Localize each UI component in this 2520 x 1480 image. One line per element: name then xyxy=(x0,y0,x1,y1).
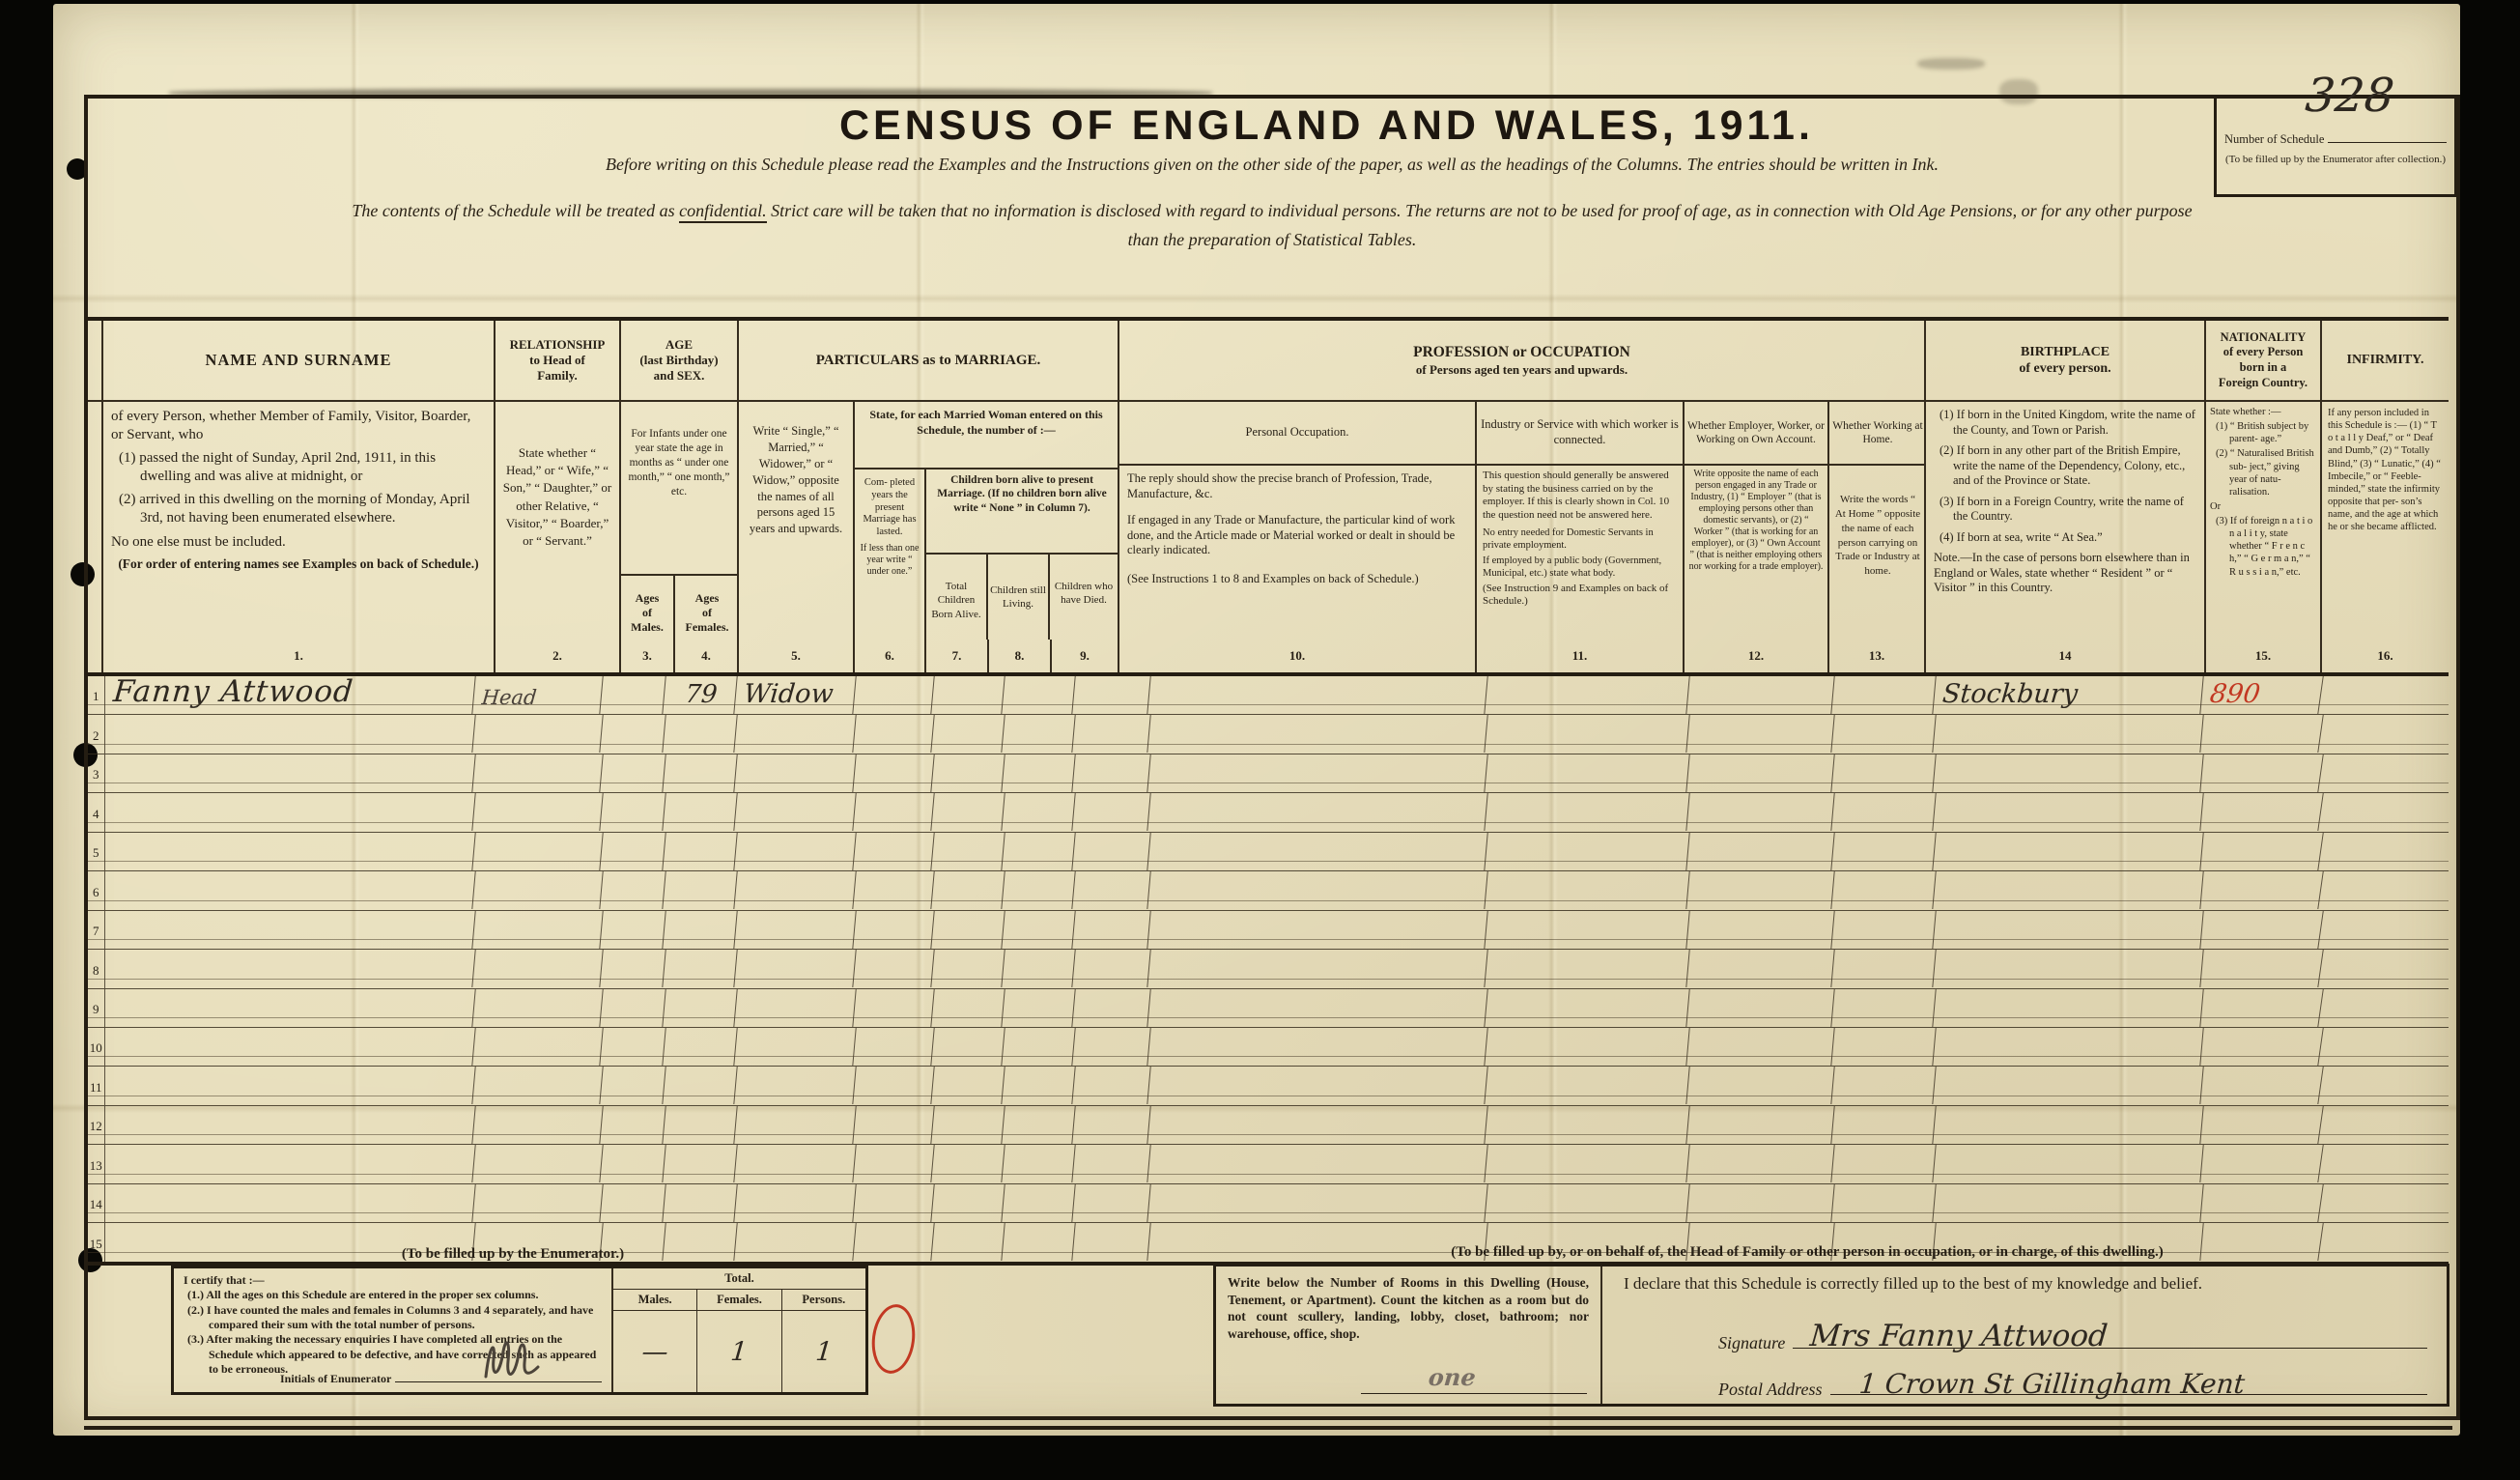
cell-relationship[interactable] xyxy=(472,754,603,792)
cell-at-home[interactable] xyxy=(1832,754,1937,792)
birthplace-item2: (2) If born in any other part of the Bri… xyxy=(1934,443,2196,489)
cell-children-living[interactable] xyxy=(1002,1028,1075,1066)
cell-age-females[interactable]: 79 xyxy=(663,676,737,714)
cell-children-living[interactable] xyxy=(1002,833,1075,870)
postal-address-label: Postal Address xyxy=(1718,1380,1823,1400)
totals-title: Total. xyxy=(613,1268,865,1290)
confidential-notice-line2: than the preparation of Statistical Tabl… xyxy=(88,230,2456,250)
cell-industry[interactable] xyxy=(1485,989,1690,1027)
cell-occupation[interactable] xyxy=(1147,1106,1488,1144)
cell-at-home[interactable] xyxy=(1832,833,1937,870)
cell-children-born[interactable] xyxy=(931,715,1005,753)
cell-relationship[interactable]: Head xyxy=(472,676,603,714)
cell-occupation[interactable] xyxy=(1147,1145,1488,1182)
confidential-word: confidential. xyxy=(679,201,766,223)
cell-at-home[interactable] xyxy=(1832,793,1937,831)
signature-line[interactable]: Mrs Fanny Attwood xyxy=(1793,1309,2427,1349)
cell-children-living[interactable] xyxy=(1002,911,1075,949)
table-row: 11 xyxy=(88,1067,2449,1105)
cell-infirmity[interactable] xyxy=(2319,989,2449,1027)
cell-birthplace[interactable] xyxy=(1933,871,2204,909)
cell-name[interactable] xyxy=(103,950,476,987)
cell-occupation[interactable] xyxy=(1147,754,1488,792)
colnum-6: 6. xyxy=(855,640,926,672)
cell-age-males[interactable] xyxy=(600,676,665,714)
postal-address-row: Postal Address 1 Crown St Gillingham Ken… xyxy=(1718,1355,2427,1400)
cell-industry[interactable] xyxy=(1485,950,1690,987)
cell-children-living[interactable] xyxy=(1002,676,1075,714)
cell-marriage-years[interactable] xyxy=(853,1106,935,1144)
cell-marriage[interactable] xyxy=(734,871,856,909)
cell-infirmity[interactable] xyxy=(2319,833,2449,870)
photo-background: CENSUS OF ENGLAND AND WALES, 1911. 328 N… xyxy=(0,0,2520,1480)
cell-birthplace[interactable]: Stockbury xyxy=(1933,676,2204,714)
cell-occupation[interactable] xyxy=(1147,871,1488,909)
cell-at-home[interactable] xyxy=(1832,1067,1937,1104)
cell-employer[interactable] xyxy=(1686,1028,1835,1066)
cell-relationship[interactable] xyxy=(472,1028,603,1066)
cell-relationship[interactable] xyxy=(472,715,603,753)
cell-birthplace[interactable] xyxy=(1933,1106,2204,1144)
col-infirmity-desc: If any person included in this Schedule … xyxy=(2322,402,2449,640)
cell-marriage[interactable] xyxy=(734,950,856,987)
colnum-11: 11. xyxy=(1477,640,1685,672)
cell-children-born[interactable] xyxy=(931,1223,1005,1261)
cell-age-females[interactable] xyxy=(663,911,737,949)
males-label: Males. xyxy=(613,1290,696,1311)
cell-age-males[interactable] xyxy=(600,871,665,909)
cell-age-females[interactable] xyxy=(663,950,737,987)
cell-nationality[interactable] xyxy=(2199,1145,2323,1182)
cell-marriage[interactable] xyxy=(734,754,856,792)
cell-age-males[interactable] xyxy=(600,1184,665,1222)
cell-employer[interactable] xyxy=(1686,1145,1835,1182)
cell-children-born[interactable] xyxy=(931,911,1005,949)
marriage-subcolumns: Com- pleted years the present Marriage h… xyxy=(855,470,1118,640)
cell-age-females[interactable] xyxy=(663,989,737,1027)
row-number: 9 xyxy=(88,989,105,1027)
personal-p2: If engaged in any Trade or Manufacture, … xyxy=(1127,513,1467,558)
cell-relationship[interactable] xyxy=(472,911,603,949)
nationality-item2: (2) “ Naturalised British sub- ject,” gi… xyxy=(2210,447,2316,498)
cell-name[interactable] xyxy=(103,1067,476,1104)
rooms-value[interactable]: one xyxy=(1428,1362,1477,1392)
signature-value: Mrs Fanny Attwood xyxy=(1809,1319,2109,1353)
row-number: 14 xyxy=(88,1184,105,1222)
cell-at-home[interactable] xyxy=(1832,911,1937,949)
cell-nationality[interactable] xyxy=(2199,950,2323,987)
cell-industry[interactable] xyxy=(1485,1106,1690,1144)
schedule-number-value: 328 xyxy=(2304,69,2397,123)
cell-name[interactable] xyxy=(103,715,476,753)
table-row: 5 xyxy=(88,833,2449,871)
cell-age-females[interactable] xyxy=(663,1028,737,1066)
cell-marriage[interactable] xyxy=(734,911,856,949)
home-desc: Write the words “ At Home ” opposite the… xyxy=(1829,466,1926,579)
cell-children-living[interactable] xyxy=(1002,950,1075,987)
cell-nationality[interactable] xyxy=(2199,1106,2323,1144)
name-desc-item2: (2) arrived in this dwelling on the morn… xyxy=(111,491,486,527)
cell-nationality[interactable] xyxy=(2199,1184,2323,1222)
cell-children-died[interactable] xyxy=(1072,1184,1150,1222)
cell-children-died[interactable] xyxy=(1072,950,1150,987)
colnum-14: 14 xyxy=(1926,640,2206,672)
colnum-15: 15. xyxy=(2206,640,2322,672)
cell-children-died[interactable] xyxy=(1072,793,1150,831)
row-number: 7 xyxy=(88,911,105,949)
age-infants-desc: For Infants under one year state the age… xyxy=(621,402,737,574)
cell-at-home[interactable] xyxy=(1832,871,1937,909)
cell-marriage[interactable] xyxy=(734,715,856,753)
cell-industry[interactable] xyxy=(1485,911,1690,949)
cell-children-born[interactable] xyxy=(931,676,1005,714)
cell-children-died[interactable] xyxy=(1072,911,1150,949)
cell-marriage-years[interactable] xyxy=(853,793,935,831)
cell-industry[interactable] xyxy=(1485,793,1690,831)
persons-label: Persons. xyxy=(782,1290,865,1311)
confidential-rest: Strict care will be taken that no inform… xyxy=(767,201,2193,220)
cell-employer[interactable] xyxy=(1686,1106,1835,1144)
cell-name[interactable] xyxy=(103,1184,476,1222)
cell-age-females[interactable] xyxy=(663,754,737,792)
cell-marriage-years[interactable] xyxy=(853,754,935,792)
cell-children-died[interactable] xyxy=(1072,1145,1150,1182)
cell-infirmity[interactable] xyxy=(2319,676,2449,714)
cell-children-died[interactable] xyxy=(1072,989,1150,1027)
cell-age-males[interactable] xyxy=(600,754,665,792)
table-row: 9 xyxy=(88,989,2449,1028)
cell-industry[interactable] xyxy=(1485,754,1690,792)
rooms-answer-line[interactable] xyxy=(1361,1393,1587,1394)
cell-industry[interactable] xyxy=(1485,715,1690,753)
cell-occupation[interactable] xyxy=(1147,989,1488,1027)
cell-nationality[interactable] xyxy=(2199,1067,2323,1104)
cell-occupation[interactable] xyxy=(1147,833,1488,870)
cell-industry[interactable] xyxy=(1485,676,1690,714)
cell-name[interactable] xyxy=(103,833,476,870)
cell-occupation[interactable] xyxy=(1147,793,1488,831)
cell-relationship[interactable] xyxy=(472,871,603,909)
cell-birthplace[interactable] xyxy=(1933,1028,2204,1066)
cell-name[interactable] xyxy=(103,1145,476,1182)
persons-value[interactable]: 1 xyxy=(779,1311,869,1392)
cell-name[interactable] xyxy=(103,754,476,792)
cell-children-born[interactable] xyxy=(931,1106,1005,1144)
cell-children-born[interactable] xyxy=(931,989,1005,1027)
cell-nationality[interactable] xyxy=(2199,793,2323,831)
cell-at-home[interactable] xyxy=(1832,950,1937,987)
cell-relationship[interactable] xyxy=(472,950,603,987)
cell-nationality[interactable] xyxy=(2199,989,2323,1027)
cell-at-home[interactable] xyxy=(1832,1028,1937,1066)
cell-marriage[interactable] xyxy=(734,1106,856,1144)
schedule-number-box: 328 Number of Schedule (To be filled up … xyxy=(2214,95,2457,197)
males-value[interactable]: — xyxy=(609,1311,700,1392)
cell-infirmity[interactable] xyxy=(2319,793,2449,831)
col-name-desc: of every Person, whether Member of Famil… xyxy=(103,402,496,640)
cell-birthplace[interactable] xyxy=(1933,715,2204,753)
cell-nationality[interactable] xyxy=(2199,754,2323,792)
colnum-2: 2. xyxy=(496,640,621,672)
cell-nationality[interactable] xyxy=(2199,1028,2323,1066)
cell-employer[interactable] xyxy=(1686,950,1835,987)
cell-marriage-years[interactable] xyxy=(853,989,935,1027)
cell-occupation[interactable] xyxy=(1147,911,1488,949)
cell-age-males[interactable] xyxy=(600,911,665,949)
cell-marriage-years[interactable] xyxy=(853,911,935,949)
females-value[interactable]: 1 xyxy=(694,1311,785,1392)
cell-employer[interactable] xyxy=(1686,833,1835,870)
cell-marriage-years[interactable] xyxy=(853,1067,935,1104)
cell-age-males[interactable] xyxy=(600,1145,665,1182)
cell-industry[interactable] xyxy=(1485,871,1690,909)
cell-age-males[interactable] xyxy=(600,950,665,987)
cell-children-born[interactable] xyxy=(931,793,1005,831)
cell-children-born[interactable] xyxy=(931,833,1005,870)
cell-infirmity[interactable] xyxy=(2319,754,2449,792)
initials-row: Initials of Enumerator xyxy=(280,1370,602,1386)
cell-marriage-years[interactable] xyxy=(853,950,935,987)
cell-marriage[interactable] xyxy=(734,793,856,831)
cell-age-males[interactable] xyxy=(600,793,665,831)
cell-age-females[interactable] xyxy=(663,871,737,909)
cell-children-living[interactable] xyxy=(1002,1067,1075,1104)
cell-age-males[interactable] xyxy=(600,1106,665,1144)
cell-children-living[interactable] xyxy=(1002,754,1075,792)
cell-industry[interactable] xyxy=(1485,1145,1690,1182)
cell-children-died[interactable] xyxy=(1072,754,1150,792)
totals-males-col: Males. — xyxy=(613,1290,697,1392)
col-personal-occupation: Personal Occupation. The reply should sh… xyxy=(1119,402,1477,640)
cell-marriage-years[interactable] xyxy=(853,1145,935,1182)
cell-name[interactable] xyxy=(103,911,476,949)
col-profession-title: PROFESSION or OCCUPATION of Persons aged… xyxy=(1119,321,1926,400)
cell-relationship[interactable] xyxy=(472,833,603,870)
cell-nationality[interactable] xyxy=(2199,833,2323,870)
cell-age-females[interactable] xyxy=(663,833,737,870)
ages-of-males-label: Ages of Males. xyxy=(621,576,675,640)
cell-birthplace[interactable] xyxy=(1933,833,2204,870)
cell-marriage-years[interactable] xyxy=(853,1184,935,1222)
cell-birthplace[interactable] xyxy=(1933,1145,2204,1182)
cell-occupation[interactable] xyxy=(1147,715,1488,753)
nationality-item3: (3) If of foreign n a t i o n a l i t y,… xyxy=(2210,515,2316,579)
cell-children-died[interactable] xyxy=(1072,871,1150,909)
cell-children-living[interactable] xyxy=(1002,1145,1075,1182)
nationality-or: Or xyxy=(2210,500,2316,513)
cell-occupation[interactable] xyxy=(1147,950,1488,987)
cell-name[interactable] xyxy=(103,989,476,1027)
cell-infirmity[interactable] xyxy=(2319,1106,2449,1144)
cell-children-died[interactable] xyxy=(1072,715,1150,753)
cell-occupation[interactable] xyxy=(1147,676,1488,714)
cell-marriage[interactable] xyxy=(734,1184,856,1222)
table-rows: 1 Fanny Attwood Head 79 Widow xyxy=(88,676,2449,1266)
cell-children-born[interactable] xyxy=(931,871,1005,909)
cell-employer[interactable] xyxy=(1686,911,1835,949)
cell-age-females[interactable] xyxy=(663,715,737,753)
cell-children-died[interactable] xyxy=(1072,833,1150,870)
cell-children-born[interactable] xyxy=(931,950,1005,987)
cell-relationship[interactable] xyxy=(472,1145,603,1182)
cell-infirmity[interactable] xyxy=(2319,715,2449,753)
cell-marriage-years[interactable] xyxy=(853,715,935,753)
cell-children-born[interactable] xyxy=(931,754,1005,792)
red-zero-mark xyxy=(868,1302,919,1377)
cell-occupation[interactable] xyxy=(1147,1184,1488,1222)
still-living-label: Children still Living. xyxy=(988,555,1050,640)
enumerator-heading: (To be filled up by the Enumerator.) xyxy=(127,1246,899,1263)
cell-children-living[interactable] xyxy=(1002,989,1075,1027)
cell-birthplace[interactable] xyxy=(1933,793,2204,831)
cell-age-females[interactable] xyxy=(663,1184,737,1222)
cell-nationality[interactable]: 890 xyxy=(2199,676,2323,714)
cell-marriage[interactable] xyxy=(734,1028,856,1066)
cell-industry[interactable] xyxy=(1485,1184,1690,1222)
cell-children-born[interactable] xyxy=(931,1028,1005,1066)
cell-birthplace[interactable] xyxy=(1933,911,2204,949)
cell-children-living[interactable] xyxy=(1002,1184,1075,1222)
cell-children-living[interactable] xyxy=(1002,1106,1075,1144)
industry-title: Industry or Service with which worker is… xyxy=(1477,402,1683,466)
cell-birthplace[interactable] xyxy=(1933,950,2204,987)
totals-table: Total. Males. — Females. 1 Persons. 1 xyxy=(613,1268,865,1392)
cell-name[interactable] xyxy=(103,1106,476,1144)
row-number: 3 xyxy=(88,754,105,792)
cell-children-died[interactable] xyxy=(1072,1223,1150,1261)
cell-age-females[interactable] xyxy=(663,1106,737,1144)
cell-relationship[interactable] xyxy=(472,989,603,1027)
cell-employer[interactable] xyxy=(1686,989,1835,1027)
cell-children-living[interactable] xyxy=(1002,871,1075,909)
cell-at-home[interactable] xyxy=(1832,989,1937,1027)
row-number: 4 xyxy=(88,793,105,831)
cell-employer[interactable] xyxy=(1686,754,1835,792)
cell-children-born[interactable] xyxy=(931,1184,1005,1222)
postal-address-line[interactable]: 1 Crown St Gillingham Kent xyxy=(1830,1355,2427,1395)
cell-marriage[interactable] xyxy=(734,1067,856,1104)
cell-nationality[interactable] xyxy=(2199,871,2323,909)
cell-infirmity[interactable] xyxy=(2319,1028,2449,1066)
cell-children-died[interactable] xyxy=(1072,676,1150,714)
cell-industry[interactable] xyxy=(1485,1028,1690,1066)
cell-infirmity[interactable] xyxy=(2319,1184,2449,1222)
cell-industry[interactable] xyxy=(1485,1067,1690,1104)
cell-infirmity[interactable] xyxy=(2319,950,2449,987)
col-employer: Whether Employer, Worker, or Working on … xyxy=(1685,402,1829,640)
rooms-text: Write below the Number of Rooms in this … xyxy=(1228,1275,1589,1341)
cell-at-home[interactable] xyxy=(1832,1184,1937,1222)
cell-marriage-years[interactable] xyxy=(853,676,935,714)
cell-age-females[interactable] xyxy=(663,793,737,831)
cell-children-died[interactable] xyxy=(1072,1067,1150,1104)
personal-p1: The reply should show the precise branch… xyxy=(1127,471,1467,501)
certify-item1: (1.) All the ages on this Schedule are e… xyxy=(184,1288,604,1302)
cell-marriage[interactable] xyxy=(734,1145,856,1182)
cell-children-living[interactable] xyxy=(1002,793,1075,831)
cell-at-home[interactable] xyxy=(1832,676,1937,714)
married-woman-block: State, for each Married Woman entered on… xyxy=(855,402,1118,640)
cell-occupation[interactable] xyxy=(1147,1067,1488,1104)
cell-relationship[interactable] xyxy=(472,1106,603,1144)
cell-employer[interactable] xyxy=(1686,793,1835,831)
row-number: 8 xyxy=(88,950,105,987)
cell-marriage-years[interactable] xyxy=(853,1028,935,1066)
cell-relationship[interactable] xyxy=(472,1184,603,1222)
cell-infirmity[interactable] xyxy=(2319,871,2449,909)
cell-age-females[interactable] xyxy=(663,1145,737,1182)
cell-name[interactable]: Fanny Attwood xyxy=(103,676,476,714)
cell-at-home[interactable] xyxy=(1832,1106,1937,1144)
cell-children-living[interactable] xyxy=(1002,715,1075,753)
cell-employer[interactable] xyxy=(1686,1184,1835,1222)
cell-employer[interactable] xyxy=(1686,715,1835,753)
cell-children-born[interactable] xyxy=(931,1145,1005,1182)
cell-age-males[interactable] xyxy=(600,1028,665,1066)
cell-marriage[interactable]: Widow xyxy=(734,676,856,714)
colnum-8: 8. xyxy=(989,640,1052,672)
cell-occupation[interactable] xyxy=(1147,1028,1488,1066)
cell-children-died[interactable] xyxy=(1072,1106,1150,1144)
cell-infirmity[interactable] xyxy=(2319,1067,2449,1104)
cell-name[interactable] xyxy=(103,793,476,831)
cell-age-males[interactable] xyxy=(600,715,665,753)
cell-children-born[interactable] xyxy=(931,1067,1005,1104)
cell-children-living[interactable] xyxy=(1002,1223,1075,1261)
cell-name[interactable] xyxy=(103,1028,476,1066)
completed-years-note: If less than one year write “ under one.… xyxy=(855,539,924,578)
cell-birthplace[interactable] xyxy=(1933,1184,2204,1222)
cell-relationship[interactable] xyxy=(472,793,603,831)
cell-birthplace[interactable] xyxy=(1933,989,2204,1027)
cell-at-home[interactable] xyxy=(1832,715,1937,753)
rownum-desc xyxy=(88,402,103,640)
cell-marriage-years[interactable] xyxy=(853,833,935,870)
row-number: 6 xyxy=(88,871,105,909)
cell-industry[interactable] xyxy=(1485,833,1690,870)
cell-relationship[interactable] xyxy=(472,1067,603,1104)
cell-age-males[interactable] xyxy=(600,833,665,870)
cell-marriage-years[interactable] xyxy=(853,871,935,909)
cell-employer[interactable] xyxy=(1686,676,1835,714)
cell-name[interactable] xyxy=(103,871,476,909)
cell-nationality[interactable] xyxy=(2199,715,2323,753)
cell-infirmity[interactable] xyxy=(2319,911,2449,949)
age-sex-split: Ages of Males. Ages of Females. xyxy=(621,574,737,640)
cell-marriage[interactable] xyxy=(734,833,856,870)
personal-occupation-title: Personal Occupation. xyxy=(1119,402,1475,466)
completed-years-text: Com- pleted years the present Marriage h… xyxy=(855,470,924,539)
enumerator-initials-scribble xyxy=(480,1334,544,1384)
birthplace-item1: (1) If born in the United Kingdom, write… xyxy=(1934,408,2196,438)
cell-age-females[interactable] xyxy=(663,1067,737,1104)
bottom-double-rule xyxy=(84,1426,2452,1430)
cell-age-males[interactable] xyxy=(600,989,665,1027)
cell-at-home[interactable] xyxy=(1832,1145,1937,1182)
cell-children-died[interactable] xyxy=(1072,1028,1150,1066)
cell-age-males[interactable] xyxy=(600,1067,665,1104)
cell-nationality[interactable] xyxy=(2199,911,2323,949)
certify-intro: I certify that :— xyxy=(184,1273,604,1288)
cell-employer[interactable] xyxy=(1686,871,1835,909)
row-number: 11 xyxy=(88,1067,105,1104)
cell-birthplace[interactable] xyxy=(1933,754,2204,792)
cell-birthplace[interactable] xyxy=(1933,1067,2204,1104)
industry-p2: No entry needed for Domestic Servants in… xyxy=(1483,527,1677,552)
cell-employer[interactable] xyxy=(1686,1067,1835,1104)
cell-infirmity[interactable] xyxy=(2319,1145,2449,1182)
cell-marriage[interactable] xyxy=(734,989,856,1027)
